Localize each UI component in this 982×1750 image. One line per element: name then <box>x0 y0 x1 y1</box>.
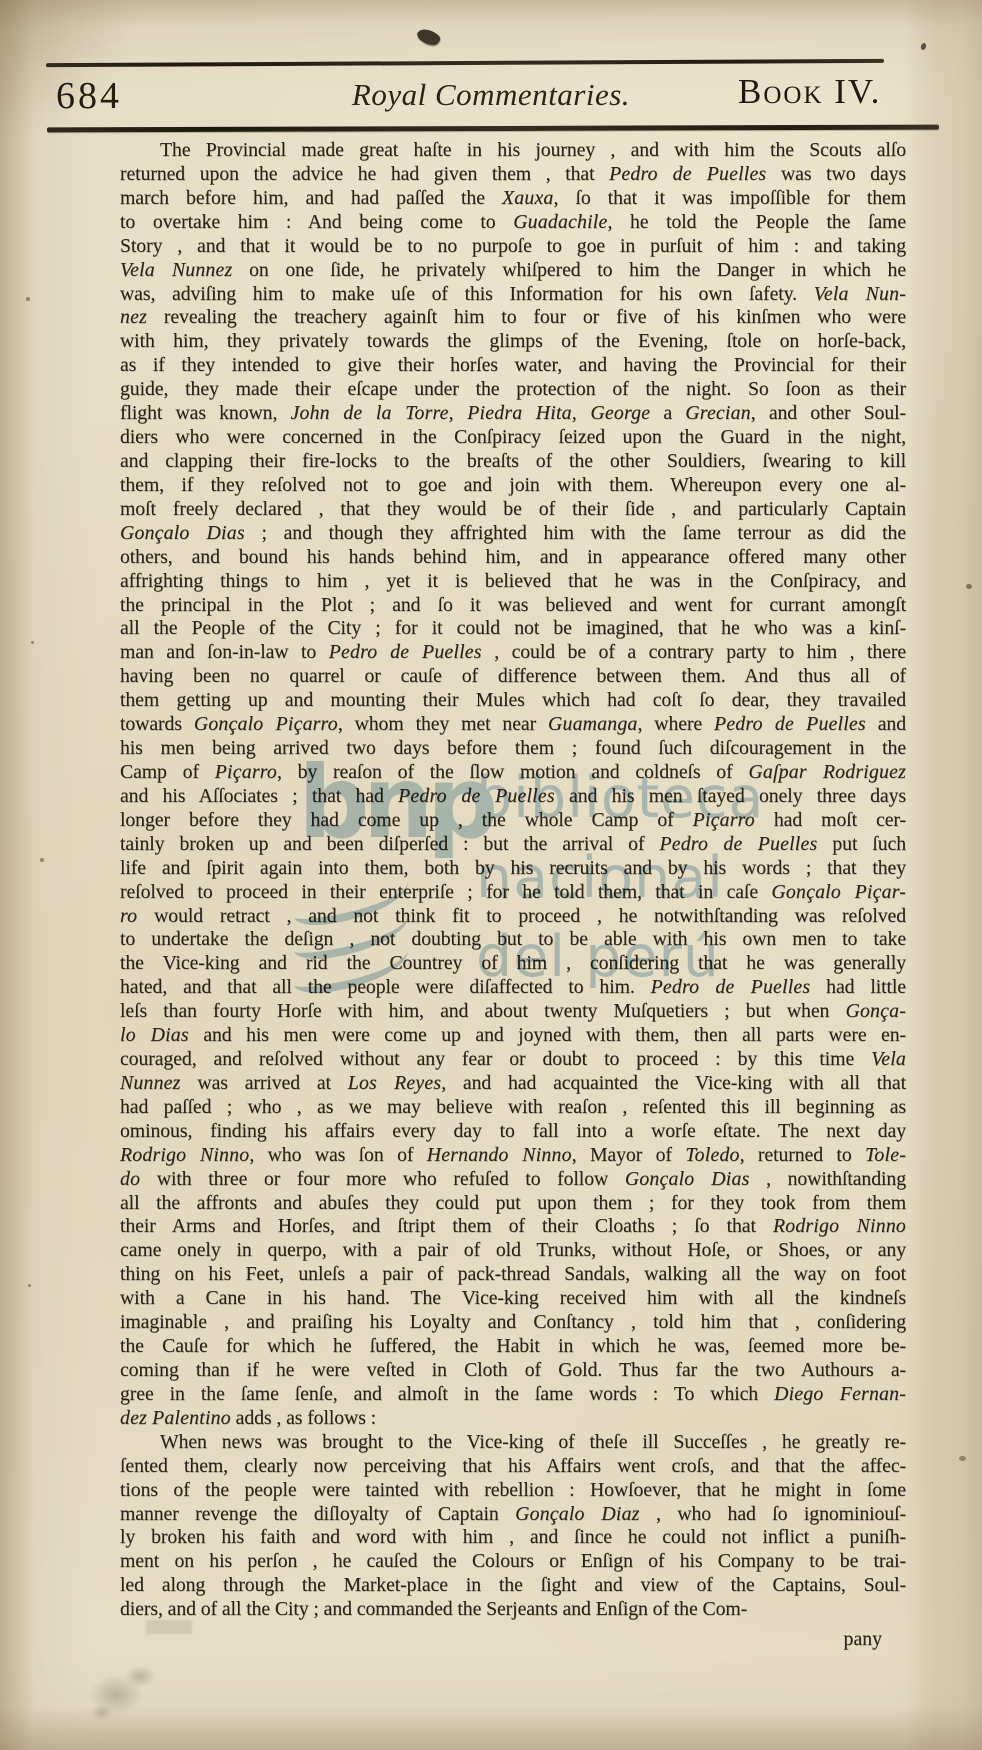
text-line: The Provincial made great haſte in his j… <box>120 139 906 163</box>
ink-speck <box>28 1284 31 1287</box>
text-line: his men being arrived two days before th… <box>120 737 906 761</box>
running-title: Royal Commentaries. <box>291 77 691 113</box>
body-text-block: The Provincial made great haſte in his j… <box>120 139 906 1651</box>
ink-speck <box>920 42 927 50</box>
book-label: Book IV. <box>738 72 881 112</box>
text-line: all the affronts and abuſes they could p… <box>120 1192 906 1216</box>
text-line: with a Cane in his hand. The Vice-king r… <box>120 1287 906 1311</box>
text-line: ment on his perſon , he cauſed the Colou… <box>120 1550 906 1574</box>
text-line: man and ſon-in-law to Pedro de Puelles ,… <box>120 641 906 665</box>
text-line: ly broken his faith and word with him , … <box>120 1526 906 1550</box>
text-line: diers, and of all the City ; and command… <box>120 1598 906 1622</box>
text-line: reſolved to proceed in their enterpriſe … <box>120 881 906 905</box>
text-line: coming than if he were veſted in Cloth o… <box>120 1359 906 1383</box>
text-line: imaginable , and praiſing his Loyalty an… <box>120 1311 906 1335</box>
text-line: tions of the people were tainted with re… <box>120 1479 906 1503</box>
text-line: to undertake the deſign , not doubting b… <box>120 928 906 952</box>
text-line: ro would retract , and not think fit to … <box>120 905 906 929</box>
ink-speck <box>40 858 44 862</box>
text-line: guide, they made their eſcape under the … <box>120 378 906 402</box>
show-through-mark <box>146 1620 192 1634</box>
text-line: tainly broken up and been diſperſed : bu… <box>120 833 906 857</box>
text-line: thing on his Feet, unleſs a pair of pack… <box>120 1263 906 1287</box>
header-bottom-rule <box>47 125 939 132</box>
text-line: had paſſed ; who , as we may believe wit… <box>120 1096 906 1120</box>
paragraph: When news was brought to the Vice-king o… <box>120 1431 906 1622</box>
text-line: ominous, finding his affairs every day t… <box>120 1120 906 1144</box>
text-line: the Vice-king and rid the Countrey of hi… <box>120 952 906 976</box>
text-line: and his Aſſociates ; that had Pedro de P… <box>120 785 906 809</box>
text-line: them, if they reſolved not to goe and jo… <box>120 474 906 498</box>
text-line: dez Palentino adds , as follows : <box>120 1407 906 1431</box>
text-line: with him, they privately towards the gli… <box>120 330 906 354</box>
page-number: 684 <box>56 74 122 118</box>
text-line: came onely in querpo, with a pair of old… <box>120 1239 906 1263</box>
text-line: diers who were concerned in the Conſpira… <box>120 426 906 450</box>
text-line: flight was known, John de la Torre, Pied… <box>120 402 906 426</box>
scanned-book-page: 684 Royal Commentaries. Book IV. The Pro… <box>0 0 982 1750</box>
text-line: nez revealing the treachery againſt him … <box>120 306 906 330</box>
text-line: having been no quarrel or cauſe of diffe… <box>120 665 906 689</box>
text-line: life and ſpirit again into them, both by… <box>120 857 906 881</box>
paragraph: The Provincial made great haſte in his j… <box>120 139 906 1431</box>
text-line: Gonçalo Dias ; and though they affrighte… <box>120 522 906 546</box>
text-line: was, adviſing him to make uſe of this In… <box>120 283 906 307</box>
text-line: manner revenge the diſloyalty of Captain… <box>120 1503 906 1527</box>
text-line: longer before they had come up , the who… <box>120 809 906 833</box>
header-top-rule <box>46 59 884 67</box>
text-line: returned upon the advice he had given th… <box>120 163 906 187</box>
text-line: When news was brought to the Vice-king o… <box>120 1431 906 1455</box>
paper-smudge <box>66 1645 186 1735</box>
text-line: the principal in the Plot ; and ſo it wa… <box>120 594 906 618</box>
ink-speck <box>26 297 30 301</box>
text-line: ſented them, clearly now perceiving that… <box>120 1455 906 1479</box>
text-line: Rodrigo Ninno, who was ſon of Hernando N… <box>120 1144 906 1168</box>
text-line: hated, and that all the people were diſa… <box>120 976 906 1000</box>
text-line: affrighting things to him , yet it is be… <box>120 570 906 594</box>
text-line: lo Dias and his men were come up and joy… <box>120 1024 906 1048</box>
text-line: them getting up and mounting their Mules… <box>120 689 906 713</box>
text-line: and clapping their fire-locks to the bre… <box>120 450 906 474</box>
text-line: do with three or four more who refuſed t… <box>120 1168 906 1192</box>
catchword: pany <box>120 1627 906 1651</box>
text-line: Story , and that it would be to no purpo… <box>120 235 906 259</box>
text-line: as if they intended to give their horſes… <box>120 354 906 378</box>
text-line: their Arms and Horſes, and ſtript them o… <box>120 1215 906 1239</box>
text-line: leſs than fourty Horſe with him, and abo… <box>120 1000 906 1024</box>
ink-speck <box>959 1456 966 1461</box>
text-line: moſt freely declared , that they would b… <box>120 498 906 522</box>
text-line: couraged, and reſolved without any fear … <box>120 1048 906 1072</box>
text-line: all the People of the City ; for it coul… <box>120 617 906 641</box>
text-line: Camp of Piçarro, by reaſon of the ſlow m… <box>120 761 906 785</box>
text-line: towards Gonçalo Piçarro, whom they met n… <box>120 713 906 737</box>
text-line: gree in the ſame ſenſe, and almoſt in th… <box>120 1383 906 1407</box>
text-line: others, and bound his hands behind him, … <box>120 546 906 570</box>
text-line: Nunnez was arrived at Los Reyes, and had… <box>120 1072 906 1096</box>
ink-blot <box>415 25 442 49</box>
text-line: march before him, and had paſſed the Xau… <box>120 187 906 211</box>
text-line: to overtake him : And being come to Guad… <box>120 211 906 235</box>
ink-speck <box>31 641 34 644</box>
body-text: The Provincial made great haſte in his j… <box>120 139 906 1622</box>
text-line: Vela Nunnez on one ſide, he privately wh… <box>120 259 906 283</box>
text-line: led along through the Market-place in th… <box>120 1574 906 1598</box>
text-line: the Cauſe for which he ſuffered, the Hab… <box>120 1335 906 1359</box>
ink-speck <box>966 584 972 589</box>
